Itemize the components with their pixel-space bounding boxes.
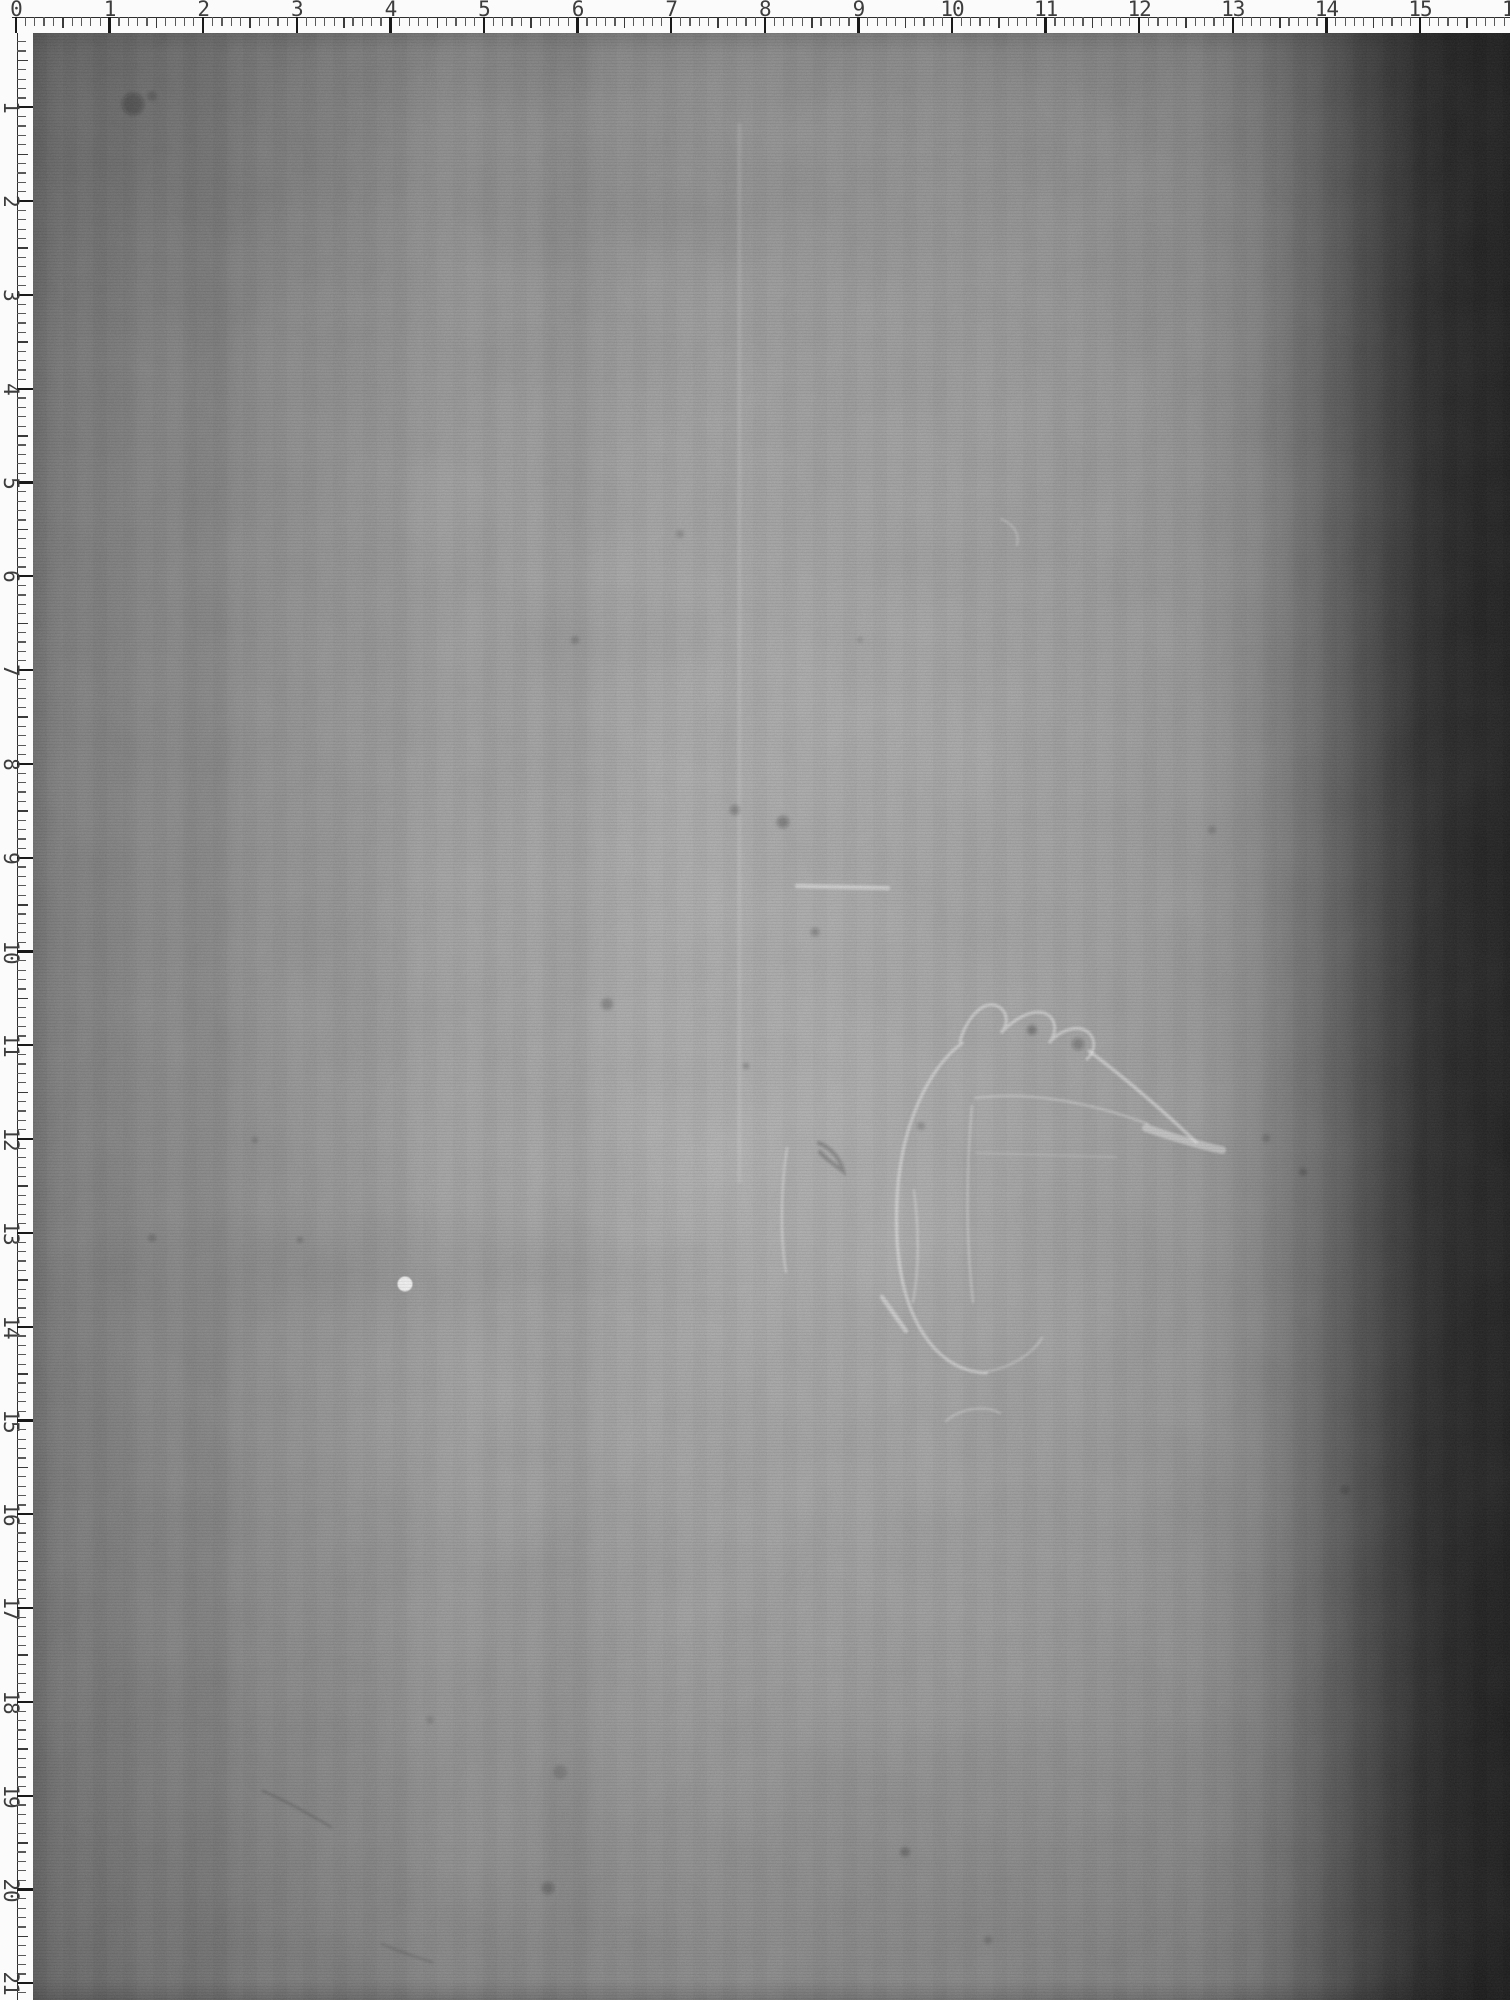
ruler-tick-mm xyxy=(1335,17,1336,26)
ruler-tick-mm xyxy=(605,17,606,26)
ruler-tick-mm xyxy=(1363,17,1364,26)
ruler-tick-mm xyxy=(17,557,26,558)
ruler-tick-mm xyxy=(820,17,821,26)
ruler-tick-mm xyxy=(530,17,532,28)
ruler-tick-mm xyxy=(1279,17,1281,28)
ruler-tick-mm xyxy=(17,1570,26,1571)
ruler-tick-mm xyxy=(17,510,26,511)
ruler-tick-mm xyxy=(17,1729,26,1730)
ruler-tick-mm xyxy=(17,1486,26,1487)
ruler-tick-mm xyxy=(1054,17,1055,26)
ruler-tick-mm xyxy=(17,444,26,445)
ruler-tick-mm xyxy=(17,1804,26,1805)
ruler-tick-mm xyxy=(17,144,26,145)
ruler-tick-mm xyxy=(839,17,840,26)
ruler-tick-mm xyxy=(17,435,28,437)
paper-specks xyxy=(122,91,1350,1944)
ruler-tick-mm xyxy=(17,651,26,652)
ruler-tick-mm xyxy=(17,698,26,699)
ruler-tick-mm xyxy=(249,17,251,28)
ruler-tick-mm xyxy=(17,1964,26,1965)
ruler-tick-mm xyxy=(933,17,934,26)
ruler-tick-mm xyxy=(17,426,26,427)
ruler-tick-mm xyxy=(1354,17,1355,26)
ruler-tick-mm xyxy=(17,1776,26,1777)
ruler-tick-mm xyxy=(17,1636,26,1637)
ruler-tick-mm xyxy=(979,17,980,26)
ruler-tick-mm xyxy=(287,17,288,26)
ruler-tick-mm xyxy=(17,1842,28,1844)
ruler-tick-mm xyxy=(1373,17,1375,28)
watermark-and-blemishes xyxy=(33,33,1510,2000)
ruler-tick-mm xyxy=(1213,17,1214,26)
ruler-tick-mm xyxy=(17,1673,26,1674)
ruler-tick-mm xyxy=(17,998,28,1000)
ruler-tick-mm xyxy=(409,17,410,26)
ruler-tick-mm xyxy=(306,17,307,26)
ruler-tick-mm xyxy=(17,932,26,933)
ruler-tick-mm xyxy=(17,463,26,464)
ruler-tick-mm xyxy=(17,529,28,531)
ruler-tick-mm xyxy=(1270,17,1271,26)
ruler-tick-mm xyxy=(1073,17,1074,26)
ruler-tick-mm xyxy=(146,17,147,26)
ruler-tick-mm xyxy=(549,17,550,26)
ruler-number: 3 xyxy=(291,0,303,21)
ruler-tick-mm xyxy=(17,276,26,277)
ruler-number: 5 xyxy=(478,0,490,21)
ruler-tick-mm xyxy=(17,397,26,398)
ruler-number: 2 xyxy=(197,0,209,21)
ruler-tick-mm xyxy=(17,1382,26,1383)
ruler-tick-mm xyxy=(17,519,26,520)
ruler-tick-mm xyxy=(17,1063,26,1064)
ruler-tick-mm xyxy=(961,17,962,26)
ruler-tick-mm xyxy=(689,17,690,26)
ruler-tick-mm xyxy=(343,17,345,28)
ruler-tick-mm xyxy=(558,17,559,26)
ruler-tick-mm xyxy=(17,1270,26,1271)
ruler-tick-mm xyxy=(17,1767,26,1768)
ruler-tick-mm xyxy=(1148,17,1149,26)
ruler-tick-mm xyxy=(17,1495,26,1496)
ruler-tick-mm xyxy=(17,773,26,774)
ruler-tick-mm xyxy=(736,17,737,26)
ruler-tick-mm xyxy=(1438,17,1439,26)
ruler-tick-mm xyxy=(17,1523,26,1524)
ruler-tick-mm xyxy=(652,17,653,26)
ruler-tick-mm xyxy=(17,50,26,51)
ruler-tick-mm xyxy=(17,1898,26,1899)
ruler-number: 6 xyxy=(572,0,584,21)
scan-content xyxy=(33,33,1510,2000)
ruler-tick-mm xyxy=(493,17,494,26)
ruler-tick-mm xyxy=(1176,17,1177,26)
ruler-tick-mm xyxy=(848,17,849,26)
ruler-tick-mm xyxy=(34,17,35,26)
ruler-tick-mm xyxy=(17,1110,26,1111)
ruler-tick-mm xyxy=(1307,17,1308,26)
ruler-tick-mm xyxy=(1120,17,1121,26)
scanned-page: 123456789101112131415161718192021 012345… xyxy=(0,0,1510,2000)
ruler-number: 4 xyxy=(385,0,397,21)
ruler-tick-mm xyxy=(540,17,541,26)
ruler-tick-mm xyxy=(914,17,915,26)
ruler-tick-mm xyxy=(727,17,728,26)
ruler-tick-mm xyxy=(783,17,784,26)
ruler-tick-mm xyxy=(17,745,26,746)
texture-streak xyxy=(548,33,592,2000)
ruler-tick-mm xyxy=(371,17,372,26)
ruler-tick-mm xyxy=(17,679,26,680)
ruler-tick-mm xyxy=(17,1195,26,1196)
ruler-number: 8 xyxy=(759,0,771,21)
ruler-tick-mm xyxy=(1082,17,1083,26)
ruler-tick-mm xyxy=(17,116,26,117)
ruler-tick-mm xyxy=(455,17,456,26)
ruler-tick-mm xyxy=(193,17,194,26)
ruler-tick-mm xyxy=(17,79,26,80)
ruler-tick-mm xyxy=(17,1711,26,1712)
ruler-tick-mm xyxy=(17,1251,26,1252)
ruler-tick-mm xyxy=(17,1120,26,1121)
ruler-tick-mm xyxy=(1204,17,1205,26)
ruler-number: 0 xyxy=(10,0,22,21)
ruler-tick-mm xyxy=(17,1289,26,1290)
ruler-tick-mm xyxy=(17,1364,26,1365)
ruler-tick-mm xyxy=(17,1579,26,1580)
ruler-tick-mm xyxy=(17,707,26,708)
ruler-tick-mm xyxy=(17,1720,26,1721)
ruler-tick-mm xyxy=(352,17,353,26)
ruler-tick-mm xyxy=(17,1157,26,1158)
ruler-tick-mm xyxy=(830,17,831,26)
ruler-tick-mm xyxy=(17,351,26,352)
ruler-tick-mm xyxy=(586,17,587,26)
ruler-tick-mm xyxy=(17,501,26,502)
ruler-tick-mm xyxy=(268,17,269,26)
ruler-tick-mm xyxy=(17,1758,26,1759)
ruler-tick-mm xyxy=(100,17,101,26)
ruler-tick-mm xyxy=(17,594,26,595)
ruler-tick-mm xyxy=(221,17,222,26)
texture-streak xyxy=(410,33,480,2000)
ruler-tick-mm xyxy=(17,923,26,924)
ruler-tick-mm xyxy=(43,17,44,26)
ruler-tick-mm xyxy=(17,1542,26,1543)
texture-streak xyxy=(738,123,741,1183)
ruler-tick-mm xyxy=(1401,17,1402,26)
ruler-tick-mm xyxy=(905,17,907,28)
ruler-tick-mm xyxy=(1064,17,1065,26)
ruler-tick-mm xyxy=(128,17,129,26)
ruler-tick-mm xyxy=(17,538,26,539)
texture-streak xyxy=(95,33,125,2000)
ruler-tick-mm xyxy=(17,41,26,42)
ruler-tick-mm xyxy=(643,17,644,26)
ruler-tick-mm xyxy=(240,17,241,26)
ruler-tick-mm xyxy=(1026,17,1027,26)
ruler-tick-mm xyxy=(755,17,756,26)
ruler-tick-mm xyxy=(17,1532,26,1533)
ruler-tick-mm xyxy=(17,1748,28,1750)
ruler-tick-mm xyxy=(427,17,428,26)
ruler-tick-mm xyxy=(1008,17,1009,26)
ruler-tick-mm xyxy=(17,1242,26,1243)
ruler-tick-mm xyxy=(1185,17,1187,28)
ruler-tick-mm xyxy=(184,17,185,26)
ruler-tick-mm xyxy=(17,407,26,408)
ruler-tick-mm xyxy=(17,1917,26,1918)
ruler-tick-mm xyxy=(17,219,26,220)
ruler-tick-mm xyxy=(17,1054,26,1055)
ruler-tick-mm xyxy=(90,17,91,26)
ruler-tick-mm xyxy=(17,913,26,914)
ruler-tick-mm xyxy=(989,17,990,26)
ruler-tick-mm xyxy=(792,17,793,26)
ruler-tick-mm xyxy=(745,17,746,26)
ruler-tick-mm xyxy=(895,17,896,26)
top-ruler: 012345678910111213141516 xyxy=(0,0,1510,33)
ruler-tick-mm xyxy=(717,17,719,28)
ruler-tick-mm xyxy=(17,970,26,971)
ruler-tick-mm xyxy=(17,1354,26,1355)
ruler-tick-mm xyxy=(259,17,260,26)
ruler-tick-mm xyxy=(17,1664,26,1665)
ruler-tick-mm xyxy=(17,1101,26,1102)
ruler-tick-mm xyxy=(17,1926,26,1927)
ruler-tick-mm xyxy=(17,360,26,361)
ruler-tick-mm xyxy=(362,17,363,26)
ruler-tick-mm xyxy=(17,369,26,370)
ruler-tick-mm xyxy=(17,716,28,718)
ruler-tick-mm xyxy=(17,1167,26,1168)
ruler-tick-mm xyxy=(802,17,803,26)
ruler-tick-mm xyxy=(446,17,447,26)
ruler-tick-mm xyxy=(1195,17,1196,26)
ruler-tick-mm xyxy=(1260,17,1261,26)
ruler-tick-mm xyxy=(17,1335,26,1336)
ruler-tick-mm xyxy=(17,1645,26,1646)
ruler-tick-mm xyxy=(81,17,82,26)
ruler-number: 7 xyxy=(665,0,677,21)
ruler-tick-mm xyxy=(17,304,26,305)
ruler-tick-mm xyxy=(17,613,26,614)
ruler-tick-mm xyxy=(17,1026,26,1027)
ruler-tick-mm xyxy=(17,735,26,736)
ruler-tick-mm xyxy=(334,17,335,26)
ruler-tick-mm xyxy=(315,17,316,26)
ruler-tick-mm xyxy=(1167,17,1168,26)
ruler-tick-mm xyxy=(17,979,26,980)
ruler-tick-mm xyxy=(17,257,26,258)
ruler-tick-mm xyxy=(17,988,26,989)
ruler-tick-mm xyxy=(17,801,26,802)
ruler-tick-mm xyxy=(699,17,700,26)
ruler-tick-mm xyxy=(17,1401,26,1402)
ruler-tick-mm xyxy=(568,17,569,26)
ruler-tick-mm xyxy=(17,1561,28,1563)
ruler-tick-mm xyxy=(877,17,878,26)
ruler-tick-mm xyxy=(17,1448,26,1449)
ruler-tick-mm xyxy=(175,17,176,26)
ruler-tick-mm xyxy=(17,820,26,821)
ruler-tick-mm xyxy=(17,1870,26,1871)
texture-streak xyxy=(188,33,228,2000)
ruler-tick-mm xyxy=(156,17,158,28)
ruler-tick-mm xyxy=(17,1936,28,1938)
left-ruler: 123456789101112131415161718192021 xyxy=(0,0,33,2000)
ruler-tick-mm xyxy=(17,491,26,492)
ruler-tick-mm xyxy=(17,895,26,896)
ruler-tick-mm xyxy=(277,17,278,26)
ruler-tick-mm xyxy=(521,17,522,26)
ruler-tick-mm xyxy=(17,341,28,343)
ruler-tick-mm xyxy=(17,688,26,689)
ruler-tick-mm xyxy=(17,866,26,867)
ruler-tick-mm xyxy=(17,229,26,230)
ruler-tick-mm xyxy=(17,1007,26,1008)
ruler-tick-mm xyxy=(1382,17,1383,26)
ruler-tick-mm xyxy=(17,604,26,605)
ruler-tick-mm xyxy=(886,17,887,26)
ruler-tick-mm xyxy=(17,885,26,886)
ruler-tick-mm xyxy=(17,1626,26,1627)
ruler-tick-mm xyxy=(17,791,26,792)
ruler-tick-mm xyxy=(17,238,26,239)
ruler-tick-mm xyxy=(17,266,26,267)
ruler-tick-mm xyxy=(1494,17,1495,26)
ruler-tick-mm xyxy=(17,1392,26,1393)
ruler-tick-mm xyxy=(1101,17,1102,26)
ruler-number: 16 xyxy=(1502,0,1510,21)
ruler-tick-mm xyxy=(17,1214,26,1215)
ruler-tick-mm xyxy=(17,1204,26,1205)
ruler-tick-mm xyxy=(1157,17,1158,26)
ruler-tick-mm xyxy=(17,1861,26,1862)
ruler-tick-mm xyxy=(1476,17,1477,26)
ruler-tick-mm xyxy=(1485,17,1486,26)
ruler-tick-mm xyxy=(17,829,26,830)
ruler-tick-mm xyxy=(17,182,26,183)
ruler-tick-mm xyxy=(1298,17,1299,26)
ruler-tick-mm xyxy=(17,210,26,211)
ruler-tick-mm xyxy=(680,17,681,26)
ruler-tick-mm xyxy=(17,163,26,164)
ruler-tick-mm xyxy=(1092,17,1094,28)
white-dot xyxy=(398,1277,413,1292)
ruler-tick-mm xyxy=(17,60,28,62)
ruler-tick-mm xyxy=(661,17,662,26)
ruler-tick-mm xyxy=(17,876,26,877)
ruler-tick-mm xyxy=(17,88,26,89)
ruler-tick-mm xyxy=(17,1260,26,1261)
ruler-tick-mm xyxy=(418,17,419,26)
ruler-tick-mm xyxy=(17,726,26,727)
ruler-tick-mm xyxy=(17,313,26,314)
ruler-number: 1 xyxy=(104,0,116,21)
ruler-tick-mm xyxy=(17,416,26,417)
ruler-tick-mm xyxy=(465,17,466,26)
ruler-tick-mm xyxy=(17,1017,26,1018)
ruler-tick-mm xyxy=(774,17,775,26)
ruler-tick-mm xyxy=(399,17,400,26)
ruler-tick-mm xyxy=(17,1955,26,1956)
ruler-tick-mm xyxy=(17,125,26,126)
ruler-tick-mm xyxy=(1447,17,1448,26)
ruler-tick-mm xyxy=(1111,17,1112,26)
ruler-tick-mm xyxy=(511,17,512,26)
ruler-tick-mm xyxy=(17,454,26,455)
ruler-tick-mm xyxy=(502,17,503,26)
ruler-tick-mm xyxy=(596,17,597,26)
ruler-tick-mm xyxy=(17,1439,26,1440)
ruler-tick-mm xyxy=(17,1823,26,1824)
ruler-tick-mm xyxy=(72,17,73,26)
ruler-tick-mm xyxy=(1288,17,1289,26)
ruler-tick-mm xyxy=(17,1148,26,1149)
ruler-tick-mm xyxy=(17,1589,26,1590)
ruler-tick-mm xyxy=(474,17,475,26)
ruler-tick-mm xyxy=(25,17,26,26)
ruler-tick-mm xyxy=(17,904,28,906)
ruler-tick-mm xyxy=(17,838,26,839)
ruler-tick-mm xyxy=(17,1476,26,1477)
ruler-tick-mm xyxy=(1017,17,1018,26)
ruler-tick-mm xyxy=(17,1814,26,1815)
dark-creases xyxy=(263,1143,843,1962)
watermark-figure xyxy=(782,519,1222,1421)
ruler-tick-mm xyxy=(17,1373,28,1375)
ruler-tick-mm xyxy=(17,69,26,70)
ruler-tick-mm xyxy=(17,1073,26,1074)
ruler-tick-mm xyxy=(17,585,26,586)
ruler-tick-mm xyxy=(1345,17,1346,26)
ruler-tick-mm xyxy=(17,641,26,642)
ruler-tick-mm xyxy=(923,17,924,26)
ruler-tick-mm xyxy=(708,17,709,26)
ruler-tick-mm xyxy=(17,1833,26,1834)
ruler-number: 9 xyxy=(853,0,865,21)
ruler-tick-mm xyxy=(17,1429,26,1430)
ruler-tick-mm xyxy=(380,17,381,26)
ruler-tick-mm xyxy=(1242,17,1243,26)
ruler-tick-mm xyxy=(1466,17,1468,28)
ruler-tick-mm xyxy=(17,154,28,156)
ruler-tick-mm xyxy=(137,17,138,26)
ruler-tick-mm xyxy=(17,247,28,249)
ruler-tick-mm xyxy=(1429,17,1430,26)
ruler-tick-mm xyxy=(17,135,26,136)
ruler-tick-mm xyxy=(624,17,626,28)
ruler-tick-mm xyxy=(17,1176,26,1177)
ruler-tick-mm xyxy=(17,810,28,812)
ruler-tick-mm xyxy=(1251,17,1252,26)
ruler-tick-mm xyxy=(212,17,213,26)
ruler-tick-mm xyxy=(1391,17,1392,26)
ruler-tick-mm xyxy=(118,17,119,26)
ruler-tick-mm xyxy=(437,17,439,28)
ruler-tick-mm xyxy=(17,1279,28,1281)
ruler-tick-mm xyxy=(17,1654,28,1656)
ruler-tick-mm xyxy=(17,1551,26,1552)
ruler-tick-mm xyxy=(17,1345,26,1346)
ruler-tick-mm xyxy=(324,17,325,26)
ruler-tick-mm xyxy=(633,17,634,26)
ruler-tick-mm xyxy=(17,1908,26,1909)
ruler-tick-mm xyxy=(17,1683,26,1684)
ruler-tick-mm xyxy=(231,17,232,26)
